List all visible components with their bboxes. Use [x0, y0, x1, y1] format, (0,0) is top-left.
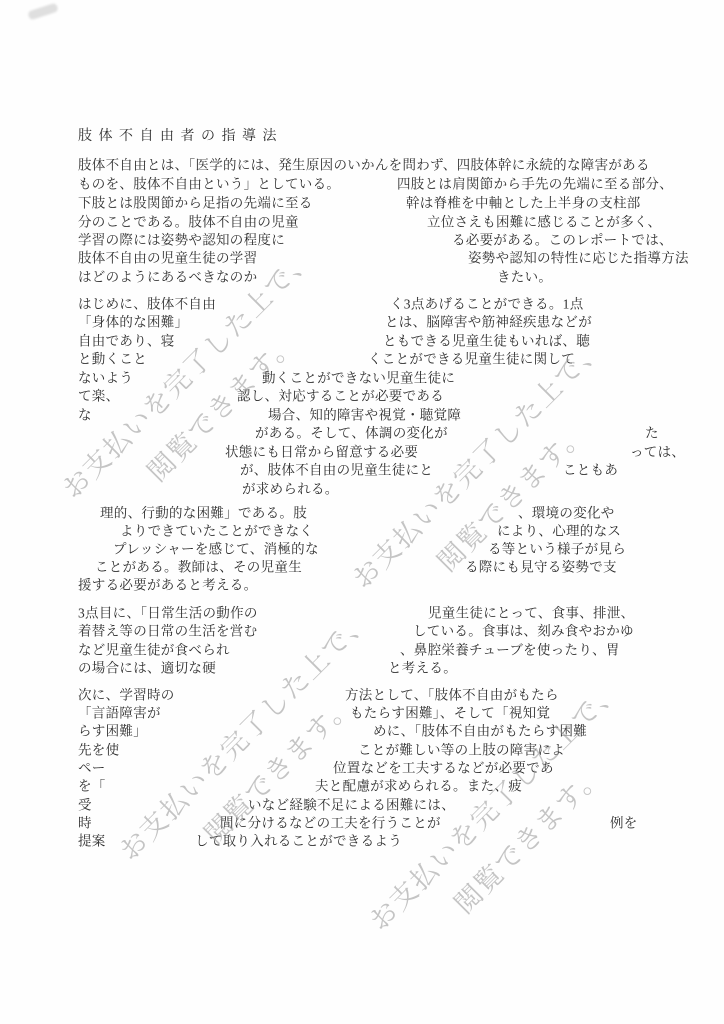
text-line-fragment: して取り入れることができるよう — [195, 834, 402, 848]
text-line-fragment: る等という様子が見ら — [488, 542, 626, 556]
text-line-fragment: を「 — [78, 779, 106, 793]
text-line-fragment: 時 — [78, 816, 92, 830]
text-line-fragment: が求められる。 — [242, 482, 339, 496]
text-line-fragment: 例を — [610, 816, 638, 830]
text-line-fragment: により、心理的なス — [497, 524, 621, 538]
text-line-fragment: 学習の際には姿勢や認知の程度に — [78, 233, 285, 247]
text-line-fragment: る際にも見守る姿勢で支 — [465, 560, 617, 574]
text-line-fragment: 受 — [78, 798, 92, 812]
text-line-fragment: た — [645, 426, 659, 440]
text-line-fragment: 肢体不自由の児童生徒の学習 — [78, 251, 257, 265]
text-line-fragment: て楽、 — [78, 389, 119, 403]
text-line-fragment: よりできていたことができなく — [120, 524, 313, 538]
text-line-fragment: はどのようにあるべきなのか — [78, 270, 257, 284]
text-line-fragment: 援する必要があると考える。 — [78, 578, 257, 592]
text-line-fragment: など児童生徒が食べられ — [78, 643, 230, 657]
text-line-fragment: く3点あげることができる。1点 — [390, 297, 584, 311]
text-line-fragment: が、肢体不自由の児童生徒にと — [240, 463, 433, 477]
text-line-fragment: こともあ — [563, 463, 618, 477]
text-line-fragment: 着替え等の日常の生活を営む — [78, 624, 257, 638]
text-line-fragment: らす困難」 — [78, 724, 147, 738]
text-line-fragment: 次に、学習時の — [78, 688, 175, 702]
text-line-fragment: っては、 — [630, 445, 685, 459]
text-line-fragment: 、鼻腔栄養チューブを使ったり、胃 — [400, 643, 620, 657]
text-line-fragment: 立位さえも困難に感じることが多く、 — [427, 215, 661, 229]
text-line-fragment: 場合、知的障害や視覚・聴覚障 — [268, 408, 461, 422]
text-line-fragment: な — [78, 408, 92, 422]
text-line-fragment: 位置などを工夫するなどが必要であ — [333, 761, 554, 775]
text-line-fragment: 動くことができない児童生徒に — [262, 371, 455, 385]
text-line-fragment: 認し、対応することが必要である — [237, 389, 444, 403]
text-line-fragment: の場合には、適切な硬 — [78, 661, 216, 675]
text-line-fragment: プレッシャーを感じて、消極的な — [113, 542, 319, 556]
text-line-fragment: と動くこと — [78, 352, 147, 366]
document-page: 肢体不自由者の指導法 肢体不自由とは、「医学的には、発生原因のいかんを問わず、四… — [0, 0, 724, 1024]
text-line-fragment: ことが難しい等の上肢の障害によ — [358, 743, 565, 757]
text-line-fragment: ことがある。教師は、その児童生 — [95, 560, 302, 574]
text-line-fragment: 児童生徒にとって、食事、排泄、 — [428, 606, 634, 620]
text-line-fragment: がある。そして、体調の変化が — [255, 426, 448, 440]
text-line-fragment: とは、脳障害や筋神経疾患などが — [385, 315, 592, 329]
text-line-fragment: 先を使 — [78, 743, 119, 757]
text-line-fragment: 提案 — [78, 834, 106, 848]
text-line-fragment: はじめに、肢体不自由 — [78, 297, 216, 311]
text-line-fragment: 分のことである。肢体不自由の児童 — [78, 215, 299, 229]
text-line-fragment: ともできる児童生徒もいれば、聴 — [383, 334, 590, 348]
text-line-fragment: めに、「肢体不自由がもたらす困難 — [373, 724, 587, 738]
text-line-fragment: 間に分けるなどの工夫を行うことが — [220, 816, 441, 830]
text-line-fragment: 自由であり、寝 — [78, 334, 175, 348]
text-line-fragment: くことができる児童生徒に関して — [368, 352, 575, 366]
text-line-fragment: 幹は脊椎を中軸とした上半身の支柱部 — [406, 196, 641, 210]
text-line-fragment: ものを、肢体不自由という」としている。 — [78, 177, 340, 191]
text-line-fragment: 状態にも日常から留意する必要 — [225, 445, 418, 459]
page-title: 肢体不自由者の指導法 — [78, 125, 283, 145]
text-line-fragment: 夫と配慮が求められる。また、疲 — [315, 779, 522, 793]
text-line-fragment: 、環境の変化や — [518, 506, 615, 520]
text-line-fragment: きたい。 — [497, 270, 552, 284]
text-line-fragment: いなど経験不足による困難には、 — [248, 798, 455, 812]
scan-artifact — [27, 3, 58, 21]
text-line-fragment: 四肢とは肩関節から手先の先端に至る部分、 — [397, 177, 673, 191]
text-line-fragment: 下肢とは股関節から足指の先端に至る — [78, 196, 313, 210]
text-line-fragment: ペー — [78, 761, 106, 775]
text-line-fragment: ないよう — [78, 371, 133, 385]
text-line-fragment: 「身体的な困難」 — [78, 315, 188, 329]
text-line-fragment: 理的、行動的な困難」である。肢 — [100, 506, 307, 520]
text-line-fragment: 方法として、「肢体不自由がもたら — [345, 688, 559, 702]
text-line-fragment: もたらす困難」、そして「視知覚 — [350, 706, 550, 720]
watermark-line1: お支払いを完了した上で、 — [107, 597, 382, 872]
text-line-fragment: 「言語障害が — [78, 706, 161, 720]
text-line-fragment: している。食事は、刻み食やおかゆ — [413, 624, 634, 638]
text-line-fragment: 3点目に、「日常生活の動作の — [78, 606, 258, 620]
text-line-fragment: と考える。 — [388, 661, 457, 675]
text-line-fragment: 肢体不自由とは、「医学的には、発生原因のいかんを問わず、四肢体幹に永続的な障害が… — [78, 158, 650, 172]
text-line-fragment: 姿勢や認知の特性に応じた指導方法 — [468, 251, 689, 265]
text-line-fragment: る必要がある。このレポートでは、 — [452, 233, 673, 247]
